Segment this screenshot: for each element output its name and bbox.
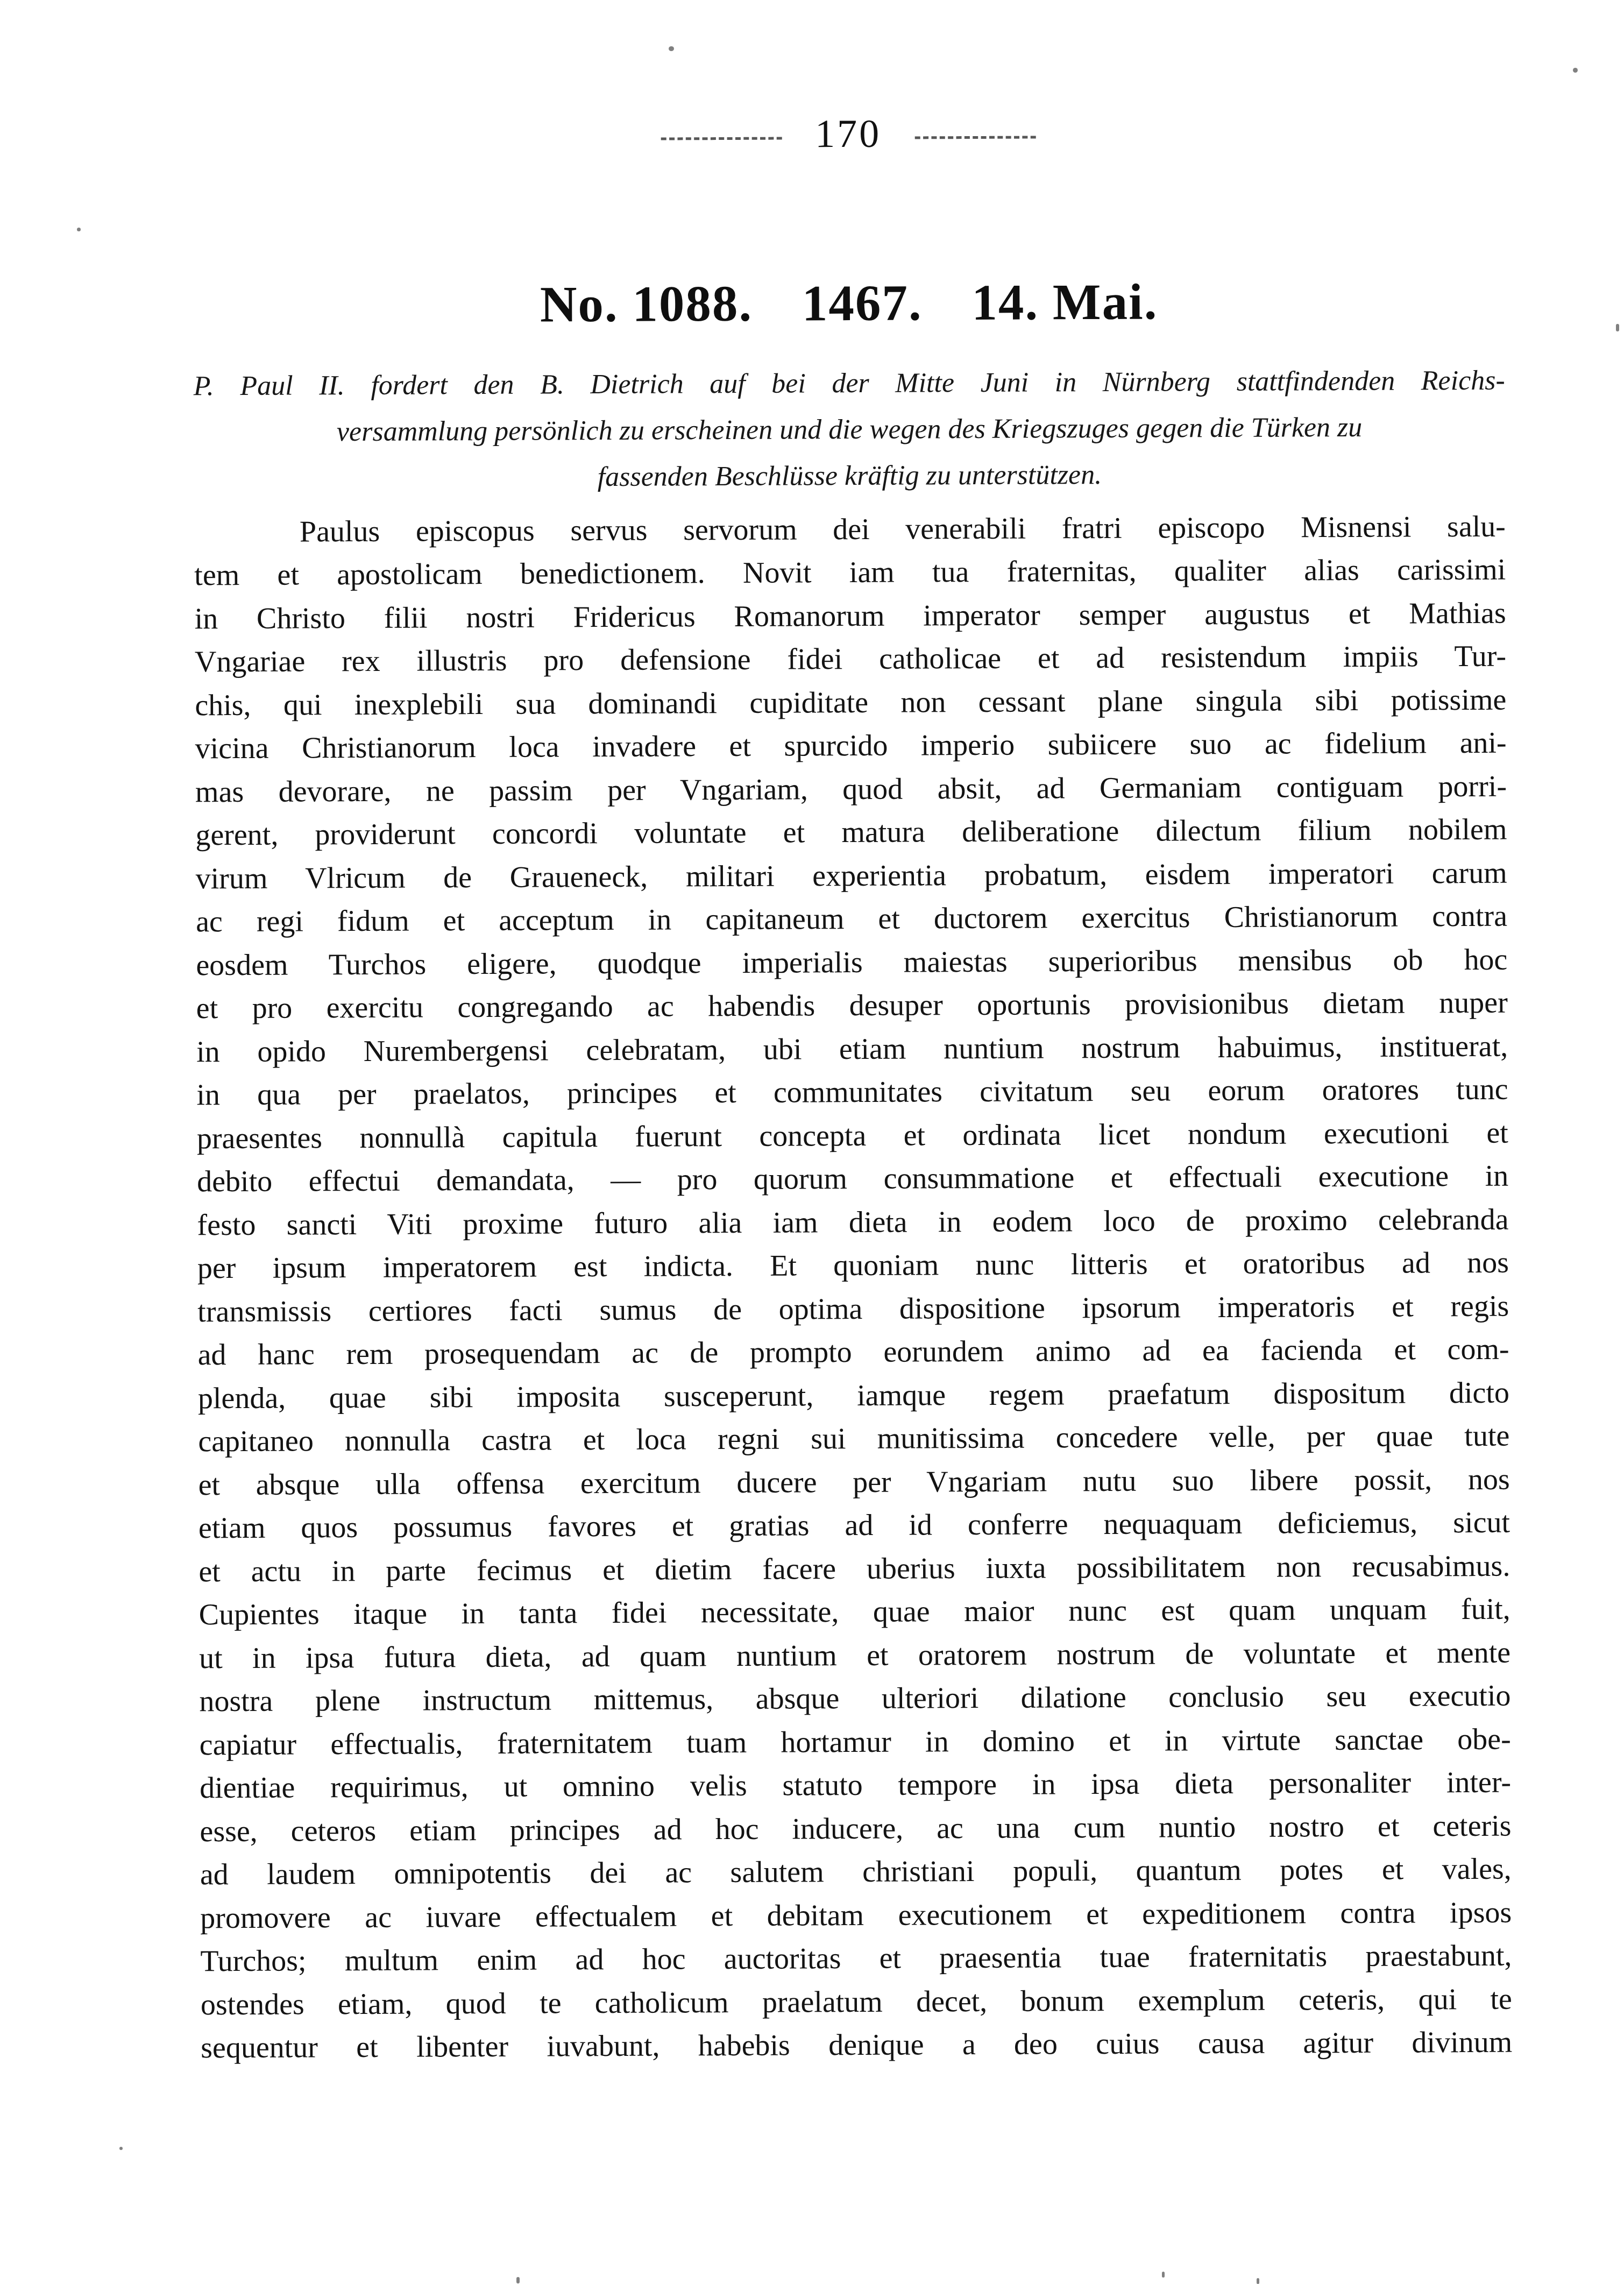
body-line: et actu in parte fecimus et dietim facer… [198, 1544, 1510, 1593]
summary-line: versammlung persönlich zu erscheinen und… [194, 404, 1505, 456]
body-line: et absque ulla offensa exercitum ducere … [198, 1458, 1509, 1507]
body-line: ostendes etiam, quod te catholicum prael… [201, 1977, 1512, 2026]
body-line: et pro exercitu congregando ac habendis … [196, 981, 1508, 1030]
body-line: dientiae requirimus, ut omnino velis sta… [200, 1761, 1511, 1810]
body-line: debito effectui demandata, — pro quorum … [197, 1155, 1508, 1204]
scan-speck [669, 46, 674, 51]
page-number: 170 [815, 114, 881, 154]
summary-line: fassenden Beschlüsse kräftig zu unterstü… [194, 450, 1505, 502]
document-summary: P. Paul II. fordert den B. Dietrich auf … [194, 357, 1506, 502]
scan-speck [516, 2277, 520, 2283]
summary-line: P. Paul II. fordert den B. Dietrich auf … [194, 357, 1505, 409]
body-line: promovere ac iuvare effectualem et debit… [200, 1891, 1512, 1940]
scan-speck [1573, 68, 1578, 73]
document-heading: No. 1088. 1467. 14. Mai. [193, 274, 1505, 333]
scan-speck [119, 2147, 123, 2150]
body-line: transmissis certiores facti sumus de opt… [197, 1284, 1509, 1333]
body-line: in qua per praelatos, principes et commu… [196, 1068, 1508, 1117]
body-line: ut in ipsa futura dieta, ad quam nuntium… [199, 1631, 1510, 1680]
body-line: in Christo filii nostri Fridericus Roman… [194, 591, 1506, 640]
body-line: capitaneo nonnulla castra et loca regni … [198, 1415, 1509, 1463]
scan-speck [1616, 324, 1619, 331]
body-line: capiatur effectualis, fraternitatem tuam… [200, 1717, 1511, 1766]
body-line: eosdem Turchos eligere, quodque imperial… [196, 938, 1507, 987]
heading-doc-number: No. 1088. [540, 277, 753, 331]
body-line: mas devorare, ne passim per Vngariam, qu… [195, 765, 1507, 814]
body-line: etiam quos possumus favores et gratias a… [198, 1501, 1510, 1550]
body-line: sequentur et libenter iuvabunt, habebis … [201, 2021, 1512, 2070]
body-line: Paulus episcopus servus servorum dei ven… [194, 505, 1506, 554]
body-line: gerent, providerunt concordi voluntate e… [195, 808, 1507, 857]
body-line: ac regi fidum et acceptum in capitaneum … [196, 895, 1507, 944]
scanned-page: 170 No. 1088. 1467. 14. Mai. P. Paul II.… [0, 0, 1624, 2284]
heading-date: 14. Mai. [971, 275, 1158, 330]
body-line: per ipsum imperatorem est indicta. Et qu… [197, 1241, 1509, 1290]
body-line: praesentes nonnullà capitula fuerunt con… [197, 1111, 1508, 1160]
body-line: plenda, quae sibi imposita susceperunt, … [198, 1371, 1509, 1420]
body-line: tem et apostolicam benedictionem. Novit … [194, 548, 1506, 597]
scan-speck [77, 228, 81, 231]
scan-speck [1257, 2278, 1259, 2284]
header-rule-left [661, 137, 782, 140]
body-line: Turchos; multum enim ad hoc auctoritas e… [200, 1934, 1512, 1983]
body-line: ad hanc rem prosequendam ac de prompto e… [197, 1328, 1509, 1377]
page-header: 170 [193, 111, 1504, 157]
body-line: chis, qui inexplebili sua dominandi cupi… [195, 678, 1506, 727]
body-line: Vngariae rex illustris pro defensione fi… [195, 635, 1506, 684]
body-line: in opido Nurembergensi celebratam, ubi e… [196, 1024, 1508, 1073]
body-line: vicina Christianorum loca invadere et sp… [195, 722, 1507, 770]
heading-year: 1467. [802, 276, 923, 330]
body-line: virum Vlricum de Graueneck, militari exp… [196, 851, 1507, 900]
body-line: festo sancti Viti proxime futuro alia ia… [197, 1198, 1508, 1247]
body-line: ad laudem omnipotentis dei ac salutem ch… [200, 1848, 1512, 1897]
header-rule-right [914, 136, 1036, 139]
page-content: 170 No. 1088. 1467. 14. Mai. P. Paul II.… [192, 0, 1513, 2070]
body-line: esse, ceteros etiam principes ad hoc ind… [200, 1804, 1511, 1853]
body-line: Cupientes itaque in tanta fidei necessit… [199, 1588, 1510, 1637]
document-body: Paulus episcopus servus servorum dei ven… [194, 505, 1513, 2070]
scan-speck [1162, 2272, 1165, 2278]
body-line: nostra plene instructum mittemus, absque… [199, 1674, 1510, 1723]
